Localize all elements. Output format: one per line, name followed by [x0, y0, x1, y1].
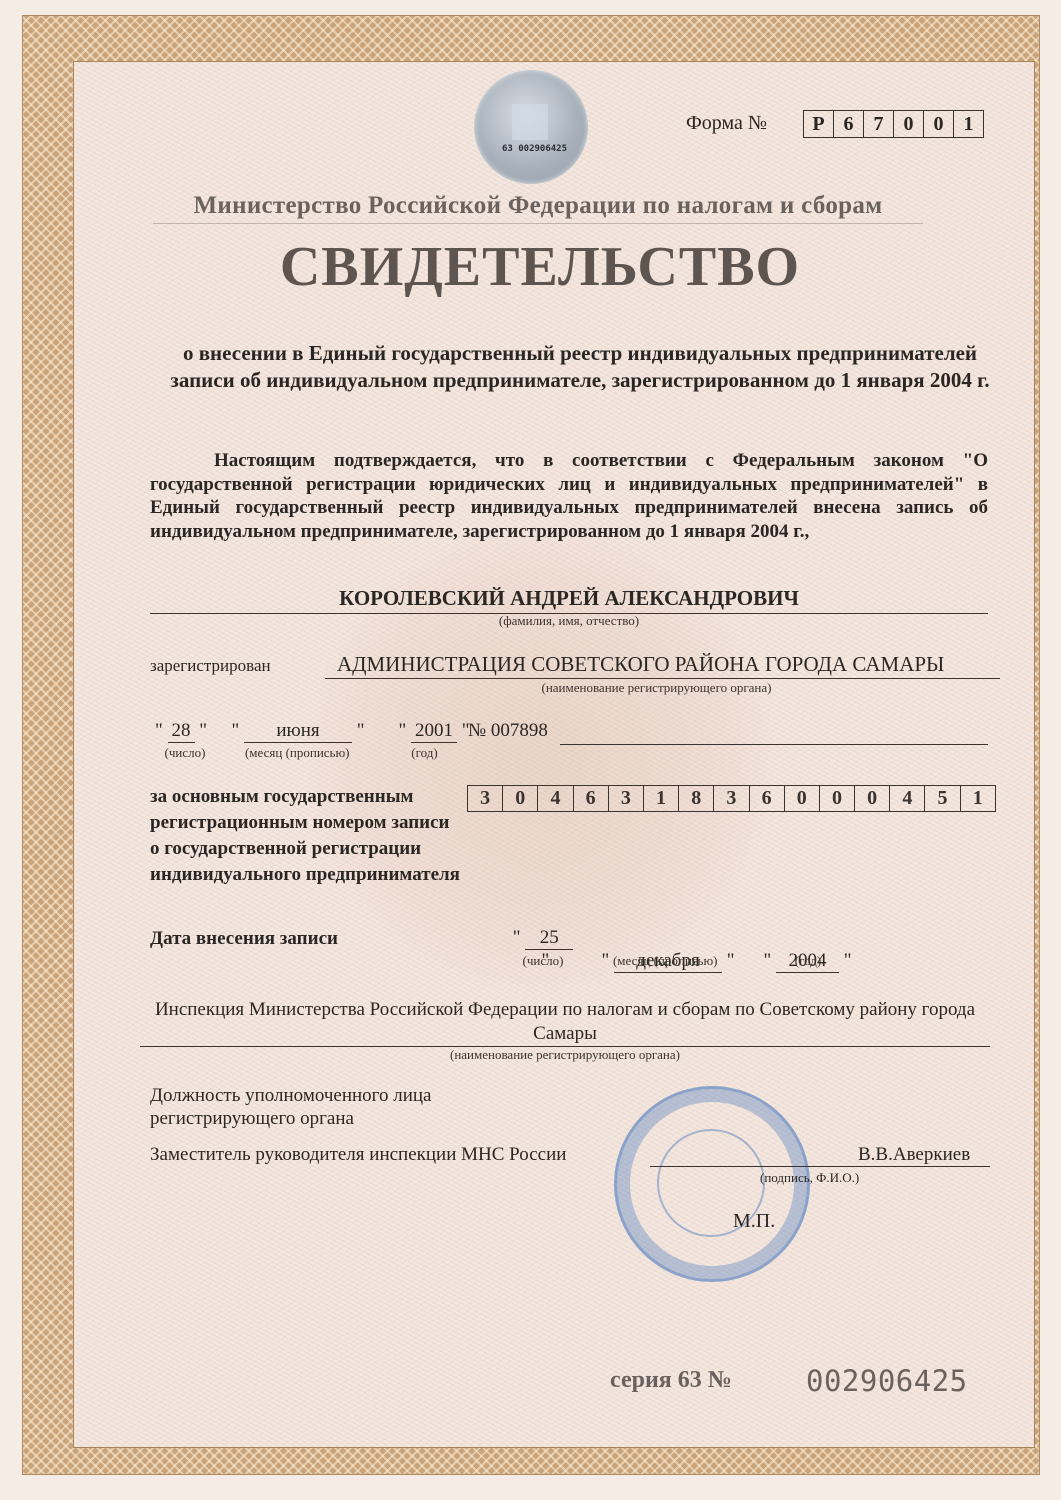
ogrn-digit: 0 — [855, 786, 890, 811]
hologram-number: 63 002906425 — [502, 144, 567, 154]
registration-year: 2001 — [411, 720, 457, 743]
document-subtitle: о внесении в Единый государственный реес… — [150, 340, 1010, 394]
ogrn-boxes: 3 0 4 6 3 1 8 3 6 0 0 0 4 5 1 — [467, 785, 996, 812]
ogrn-digit: 6 — [574, 786, 609, 811]
form-code-cell: 1 — [954, 111, 983, 137]
entry-date-captions: (число) (месяц (прописью) (год) — [508, 953, 856, 969]
ogrn-digit: 3 — [609, 786, 644, 811]
registration-day: 28 — [168, 720, 195, 743]
form-code-cell: 6 — [834, 111, 864, 137]
name-caption: (фамилия, имя, отчество) — [150, 613, 988, 629]
ogrn-digit: 1 — [961, 786, 995, 811]
ogrn-digit: 0 — [820, 786, 855, 811]
ogrn-label: за основным государственным регистрацион… — [150, 784, 460, 888]
official-position: Заместитель руководителя инспекции МНС Р… — [150, 1144, 566, 1166]
ogrn-digit: 1 — [644, 786, 679, 811]
ogrn-digit: 0 — [785, 786, 820, 811]
registration-date-captions: (число) (месяц (прописью) (год) — [150, 745, 475, 761]
hologram-seal: 63 002906425 — [474, 70, 588, 184]
seal-mark: М.П. — [733, 1210, 775, 1233]
ogrn-digit: 3 — [714, 786, 749, 811]
form-code-cell: 0 — [894, 111, 924, 137]
entrepreneur-name: КОРОЛЕВСКИЙ АНДРЕЙ АЛЕКСАНДРОВИЧ — [150, 586, 988, 614]
registration-number-value: 007898 — [491, 720, 548, 741]
registration-number: № 007898 — [468, 720, 548, 742]
registering-authority: АДМИНИСТРАЦИЯ СОВЕТСКОГО РАЙОНА ГОРОДА С… — [325, 652, 1000, 679]
ogrn-digit: 3 — [468, 786, 503, 811]
form-number-label: Форма № — [686, 112, 767, 135]
official-name: В.В.Аверкиев — [858, 1144, 970, 1166]
document-title: СВИДЕТЕЛЬСТВО — [150, 235, 930, 299]
series-number: 002906425 — [806, 1364, 968, 1398]
eagle-emblem-icon — [512, 104, 548, 140]
inspection-caption: (наименование регистрирующего органа) — [140, 1047, 990, 1063]
signature-line — [650, 1166, 990, 1167]
form-code-cell: 7 — [864, 111, 894, 137]
form-code-cell: 0 — [924, 111, 954, 137]
form-number-boxes: Р 6 7 0 0 1 — [803, 110, 984, 138]
authority-caption: (наименование регистрирующего органа) — [325, 680, 988, 696]
registration-month: июня — [244, 720, 352, 743]
ogrn-digit: 6 — [750, 786, 785, 811]
entry-date-label: Дата внесения записи — [150, 928, 338, 950]
ogrn-digit: 4 — [538, 786, 573, 811]
official-position-label: Должность уполномоченного лица регистрир… — [150, 1084, 480, 1130]
ogrn-digit: 4 — [890, 786, 925, 811]
registered-label: зарегистрирован — [150, 656, 271, 676]
registration-number-line — [560, 744, 988, 745]
ogrn-digit: 8 — [679, 786, 714, 811]
inspection-name: Инспекция Министерства Российской Федера… — [140, 998, 990, 1047]
registration-date: " 28 " " июня " " 2001 " — [150, 720, 478, 743]
signature-caption: (подпись, Ф.И.О.) — [760, 1170, 859, 1186]
ministry-heading: Министерство Российской Федерации по нал… — [153, 192, 923, 224]
entry-day: 25 — [525, 927, 573, 950]
form-code-cell: Р — [804, 111, 834, 137]
ogrn-digit: 5 — [925, 786, 960, 811]
confirmation-paragraph: Настоящим подтверждается, что в соответс… — [150, 449, 988, 543]
ogrn-digit: 0 — [503, 786, 538, 811]
series-label: серия 63 № — [610, 1367, 732, 1394]
